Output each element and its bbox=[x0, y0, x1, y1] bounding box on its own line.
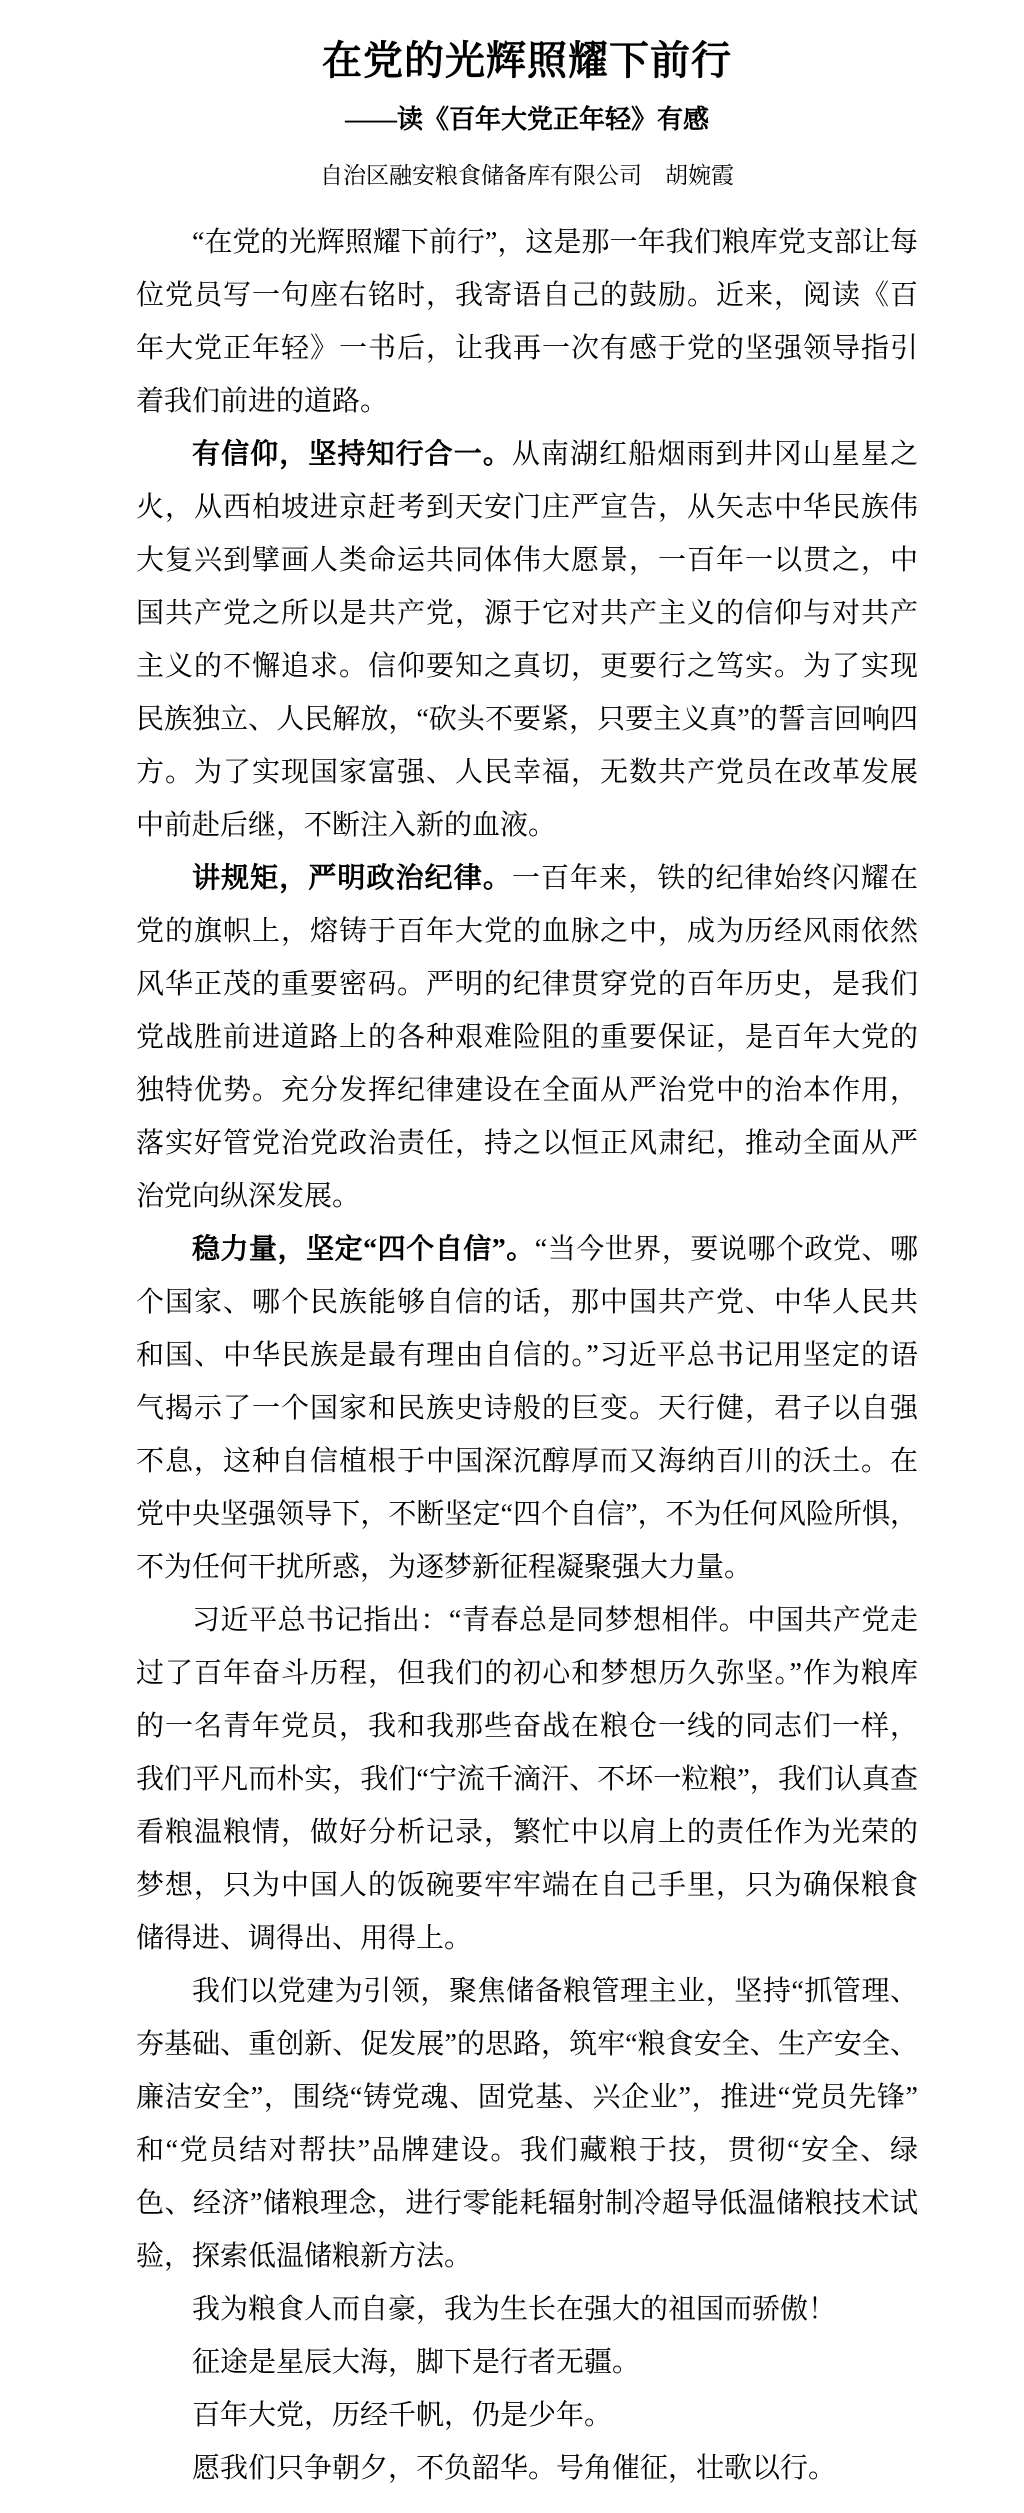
paragraph-text: 百年大党，历经千帆，仍是少年。 bbox=[192, 2400, 612, 2431]
paragraph-centenary: 百年大党，历经千帆，仍是少年。 bbox=[136, 2389, 918, 2442]
paragraph-text: 愿我们只争朝夕，不负韶华。号角催征，壮歌以行。 bbox=[192, 2453, 836, 2484]
paragraph-party-building: 我们以党建为引领，聚焦储备粮管理主业，坚持“抓管理、夯基础、重创新、促发展”的思… bbox=[136, 1965, 918, 2283]
paragraph-intro: “在党的光辉照耀下前行”，这是那一年我们粮库党支部让每位党员写一句座右铭时，我寄… bbox=[136, 216, 918, 428]
paragraph-discipline: 讲规矩，严明政治纪律。一百年来，铁的纪律始终闪耀在党的旗帜上，熔铸于百年大党的血… bbox=[136, 852, 918, 1223]
document-byline: 自治区融安粮食储备库有限公司 胡婉霞 bbox=[136, 160, 918, 192]
document-title: 在党的光辉照耀下前行 bbox=[136, 34, 918, 88]
paragraph-lead: 讲规矩，严明政治纪律。 bbox=[192, 863, 512, 894]
document-subtitle: ——读《百年大党正年轻》有感 bbox=[136, 102, 918, 138]
paragraph-lead: 有信仰，坚持知行合一。 bbox=[192, 439, 512, 470]
paragraph-text: “在党的光辉照耀下前行”，这是那一年我们粮库党支部让每位党员写一句座右铭时，我寄… bbox=[136, 227, 918, 417]
paragraph-text: 征途是星辰大海，脚下是行者无疆。 bbox=[192, 2347, 640, 2378]
paragraph-journey: 征途是星辰大海，脚下是行者无疆。 bbox=[136, 2336, 918, 2389]
paragraph-text: “当今世界，要说哪个政党、哪个国家、哪个民族能够自信的话，那中国共产党、中华人民… bbox=[136, 1234, 918, 1583]
paragraph-text: 我们以党建为引领，聚焦储备粮管理主业，坚持“抓管理、夯基础、重创新、促发展”的思… bbox=[136, 1976, 918, 2272]
paragraph-text: 我为粮食人而自豪，我为生长在强大的祖国而骄傲！ bbox=[192, 2294, 836, 2325]
paragraph-youth: 习近平总书记指出：“青春总是同梦想相伴。中国共产党走过了百年奋斗历程，但我们的初… bbox=[136, 1594, 918, 1965]
paragraph-closing: 愿我们只争朝夕，不负韶华。号角催征，壮歌以行。 bbox=[136, 2442, 918, 2495]
document-page: 在党的光辉照耀下前行 ——读《百年大党正年轻》有感 自治区融安粮食储备库有限公司… bbox=[0, 0, 1024, 2513]
paragraph-faith: 有信仰，坚持知行合一。从南湖红船烟雨到井冈山星星之火，从西柏坡进京赶考到天安门庄… bbox=[136, 428, 918, 852]
paragraph-lead: 稳力量，坚定“四个自信”。 bbox=[192, 1234, 535, 1265]
paragraph-text: 从南湖红船烟雨到井冈山星星之火，从西柏坡进京赶考到天安门庄严宣告，从矢志中华民族… bbox=[136, 439, 918, 841]
paragraph-text: 一百年来，铁的纪律始终闪耀在党的旗帜上，熔铸于百年大党的血脉之中，成为历经风雨依… bbox=[136, 863, 918, 1212]
paragraph-confidence: 稳力量，坚定“四个自信”。“当今世界，要说哪个政党、哪个国家、哪个民族能够自信的… bbox=[136, 1223, 918, 1594]
paragraph-pride: 我为粮食人而自豪，我为生长在强大的祖国而骄傲！ bbox=[136, 2283, 918, 2336]
paragraph-text: 习近平总书记指出：“青春总是同梦想相伴。中国共产党走过了百年奋斗历程，但我们的初… bbox=[136, 1605, 918, 1954]
document-body: “在党的光辉照耀下前行”，这是那一年我们粮库党支部让每位党员写一句座右铭时，我寄… bbox=[136, 216, 918, 2495]
